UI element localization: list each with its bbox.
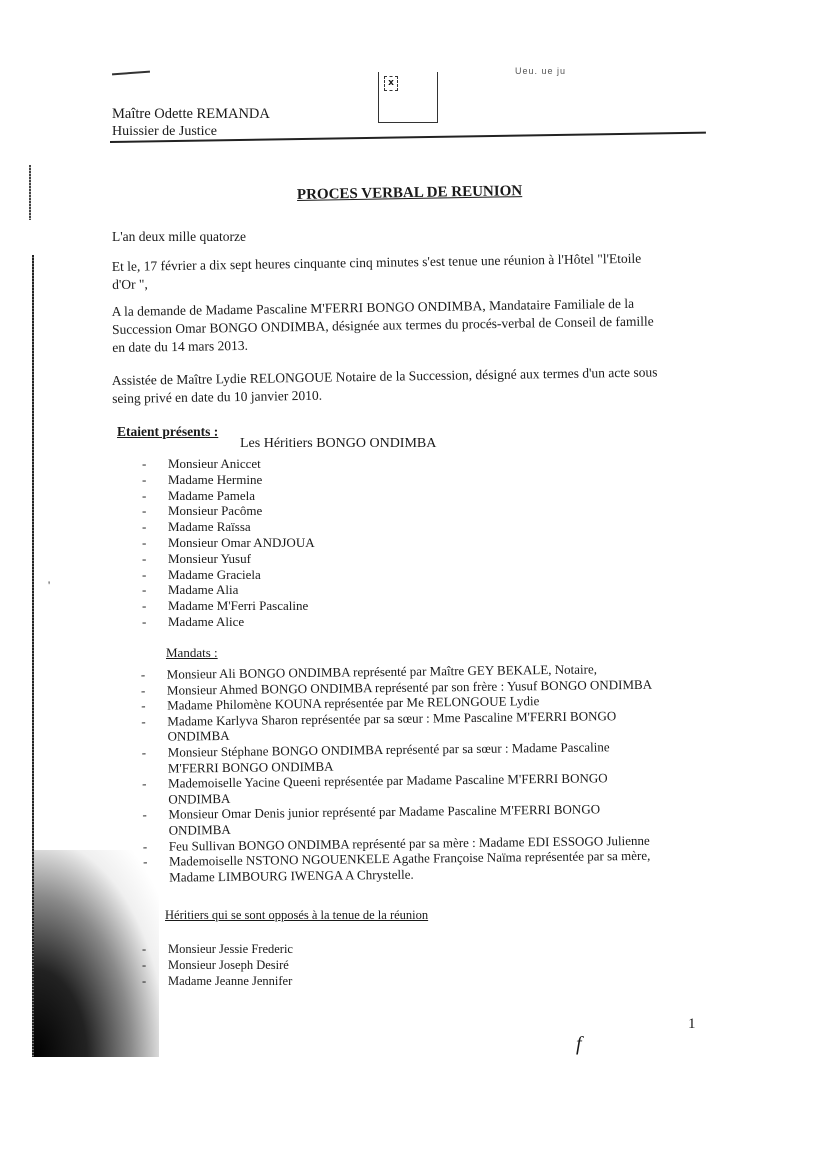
bullet-dash: -	[142, 503, 146, 519]
present-heir-item: -Madame Graciela	[142, 567, 315, 583]
present-heir-item-text: Monsieur Aniccet	[168, 456, 261, 471]
officer-title: Huissier de Justice	[112, 124, 217, 140]
broken-image-icon: x	[384, 76, 398, 91]
bullet-dash: -	[141, 667, 146, 683]
page-number: 1	[688, 1016, 696, 1033]
bullet-dash: -	[142, 614, 146, 630]
bullet-dash: -	[142, 519, 146, 535]
opposed-heir-item-text: Madame Jeanne Jennifer	[168, 974, 292, 988]
bullet-dash: -	[142, 488, 146, 504]
present-heir-item: -Madame Hermine	[142, 472, 315, 488]
bullet-dash: -	[143, 854, 148, 870]
opposed-heading: Héritiers qui se sont opposés à la tenue…	[165, 908, 428, 923]
meeting-paragraph: Et le, 17 février a dix sept heures cinq…	[112, 249, 706, 294]
assisted-paragraph: Assistée de Maître Lydie RELONGOUE Notai…	[112, 363, 706, 408]
present-heir-item: -Madame Raïssa	[142, 519, 315, 535]
present-heir-item-text: Madame Alia	[168, 582, 238, 597]
bullet-dash: -	[142, 974, 146, 990]
document-page: ' x Ueu. ue ju Maître Odette REMANDA Hui…	[0, 0, 817, 1154]
bullet-dash: -	[141, 683, 146, 699]
present-heading: Etaient présents :	[117, 424, 218, 440]
opposed-heir-item: -Monsieur Jessie Frederic	[142, 942, 293, 958]
reference-text: Ueu. ue ju	[515, 66, 566, 76]
present-heir-item-text: Monsieur Yusuf	[168, 551, 251, 566]
present-heir-item-text: Madame Pamela	[168, 488, 255, 503]
bullet-dash: -	[142, 535, 146, 551]
scan-edge-artifact	[29, 165, 31, 220]
bullet-dash: -	[142, 958, 146, 974]
year-line: L'an deux mille quatorze	[112, 228, 246, 246]
bullet-dash: -	[142, 807, 147, 823]
officer-name: Maître Odette REMANDA	[112, 106, 270, 123]
bullet-dash: -	[142, 942, 146, 958]
bullet-dash: -	[143, 838, 148, 854]
present-heir-item-text: Madame M'Ferri Pascaline	[168, 598, 308, 613]
header-dash-mark	[112, 71, 150, 76]
handwritten-initials: f	[576, 1033, 582, 1056]
bullet-dash: -	[142, 567, 146, 583]
toner-smudge-artifact	[34, 850, 159, 1057]
present-heir-item: -Monsieur Omar ANDJOUA	[142, 535, 315, 551]
heirs-group-title: Les Héritiers BONGO ONDIMBA	[240, 436, 436, 452]
document-title: PROCES VERBAL DE REUNION	[297, 183, 522, 204]
present-heir-item: -Madame Pamela	[142, 488, 315, 504]
present-heir-item: -Madame M'Ferri Pascaline	[142, 598, 315, 614]
mandates-heading: Mandats :	[166, 645, 218, 661]
present-heir-item-text: Madame Raïssa	[168, 519, 251, 534]
opposed-heir-item: -Madame Jeanne Jennifer	[142, 974, 293, 990]
stray-mark: '	[48, 578, 50, 593]
bullet-dash: -	[141, 698, 146, 714]
bullet-dash: -	[142, 776, 147, 792]
logo-frame: x	[378, 72, 438, 123]
present-list: -Monsieur Aniccet-Madame Hermine-Madame …	[142, 456, 315, 630]
bullet-dash: -	[141, 714, 146, 730]
opposed-heir-item-text: Monsieur Joseph Desiré	[168, 958, 289, 972]
present-heir-item-text: Monsieur Omar ANDJOUA	[168, 535, 315, 550]
bullet-dash: -	[142, 582, 146, 598]
opposed-list: -Monsieur Jessie Frederic-Monsieur Josep…	[142, 942, 293, 989]
request-paragraph: A la demande de Madame Pascaline M'FERRI…	[112, 294, 707, 357]
bullet-dash: -	[142, 745, 147, 761]
present-heir-item-text: Madame Hermine	[168, 472, 262, 487]
present-heir-item: -Monsieur Yusuf	[142, 551, 315, 567]
present-heir-item: -Monsieur Aniccet	[142, 456, 315, 472]
opposed-heir-item-text: Monsieur Jessie Frederic	[168, 942, 293, 956]
bullet-dash: -	[142, 598, 146, 614]
mandate-item: -Mademoiselle NSTONO NGOUENKELE Agathe F…	[143, 848, 654, 885]
present-heir-item-text: Madame Alice	[168, 614, 244, 629]
opposed-heir-item: -Monsieur Joseph Desiré	[142, 958, 293, 974]
bullet-dash: -	[142, 472, 146, 488]
present-heir-item: -Monsieur Pacôme	[142, 503, 315, 519]
present-heir-item: -Madame Alia	[142, 582, 315, 598]
present-heir-item: -Madame Alice	[142, 614, 315, 630]
mandates-list: -Monsieur Ali BONGO ONDIMBA représenté p…	[141, 661, 655, 886]
present-heir-item-text: Madame Graciela	[168, 567, 261, 582]
bullet-dash: -	[142, 456, 146, 472]
bullet-dash: -	[142, 551, 146, 567]
present-heir-item-text: Monsieur Pacôme	[168, 503, 262, 518]
